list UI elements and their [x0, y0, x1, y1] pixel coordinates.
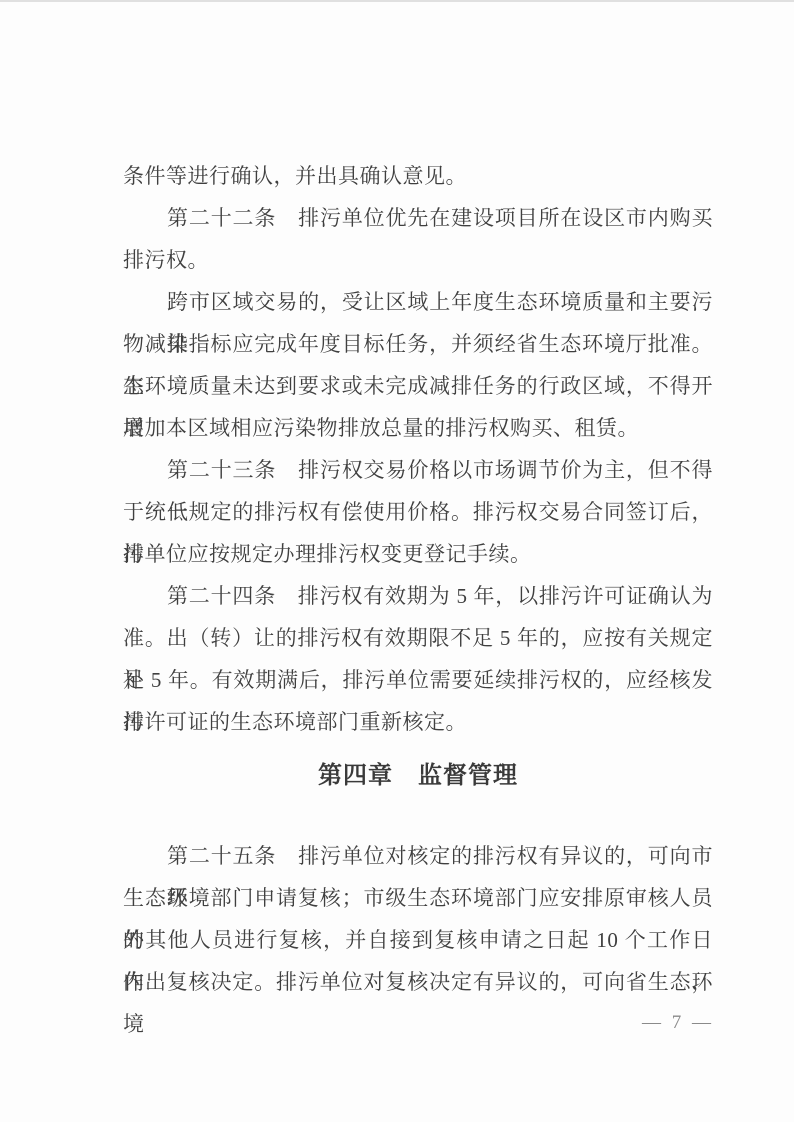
text-line: 的其他人员进行复核，并自接到复核申请之日起 10 个工作日内， — [123, 919, 713, 961]
text-line: 跨市区域交易的，受让区域上年度生态环境质量和主要污染 — [123, 281, 713, 323]
text-line: 足 5 年。有效期满后，排污单位需要延续排污权的，应经核发排 — [123, 659, 713, 701]
paragraph: 第二十五条 排污单位对核定的排污权有异议的，可向市级生态环境部门申请复核；市级生… — [123, 835, 713, 1003]
text-line: 作出复核决定。排污单位对复核决定有异议的，可向省生态环境 — [123, 961, 713, 1003]
text-line: 污单位应按规定办理排污权变更登记手续。 — [123, 533, 713, 575]
text-line: 第二十三条 排污权交易价格以市场调节价为主，但不得低 — [123, 449, 713, 491]
text-line: 第二十四条 排污权有效期为 5 年，以排污许可证确认为 — [123, 575, 713, 617]
text-line: 排污权。 — [123, 239, 713, 281]
paragraph: 第二十四条 排污权有效期为 5 年，以排污许可证确认为准。出（转）让的排污权有效… — [123, 575, 713, 743]
paragraph: 条件等进行确认，并出具确认意见。 — [123, 155, 713, 197]
text-line: 条件等进行确认，并出具确认意见。 — [123, 155, 713, 197]
scan-edge-artifact — [0, 0, 794, 2]
paragraph: 第二十三条 排污权交易价格以市场调节价为主，但不得低于统一规定的排污权有偿使用价… — [123, 449, 713, 575]
text-line: 态环境质量未达到要求或未完成减排任务的行政区域，不得开展 — [123, 365, 713, 407]
page-content: 条件等进行确认，并出具确认意见。第二十二条 排污单位优先在建设项目所在设区市内购… — [123, 155, 713, 1003]
text-line: 生态环境部门申请复核；市级生态环境部门应安排原审核人员外 — [123, 877, 713, 919]
text-line: 物减排指标应完成年度目标任务，并须经省生态环境厅批准。生 — [123, 323, 713, 365]
text-line: 准。出（转）让的排污权有效期限不足 5 年的，应按有关规定补 — [123, 617, 713, 659]
text-line: 污许可证的生态环境部门重新核定。 — [123, 701, 713, 743]
chapter-heading: 第四章 监督管理 — [123, 755, 713, 797]
text-line: 第二十五条 排污单位对核定的排污权有异议的，可向市级 — [123, 835, 713, 877]
page-number: — 7 — — [642, 1008, 714, 1038]
document-page: 条件等进行确认，并出具确认意见。第二十二条 排污单位优先在建设项目所在设区市内购… — [0, 0, 794, 1122]
paragraph: 跨市区域交易的，受让区域上年度生态环境质量和主要污染物减排指标应完成年度目标任务… — [123, 281, 713, 449]
text-line: 于统一规定的排污权有偿使用价格。排污权交易合同签订后，排 — [123, 491, 713, 533]
paragraph: 第二十二条 排污单位优先在建设项目所在设区市内购买排污权。 — [123, 197, 713, 281]
text-line: 增加本区域相应污染物排放总量的排污权购买、租赁。 — [123, 407, 713, 449]
text-line: 第二十二条 排污单位优先在建设项目所在设区市内购买 — [123, 197, 713, 239]
